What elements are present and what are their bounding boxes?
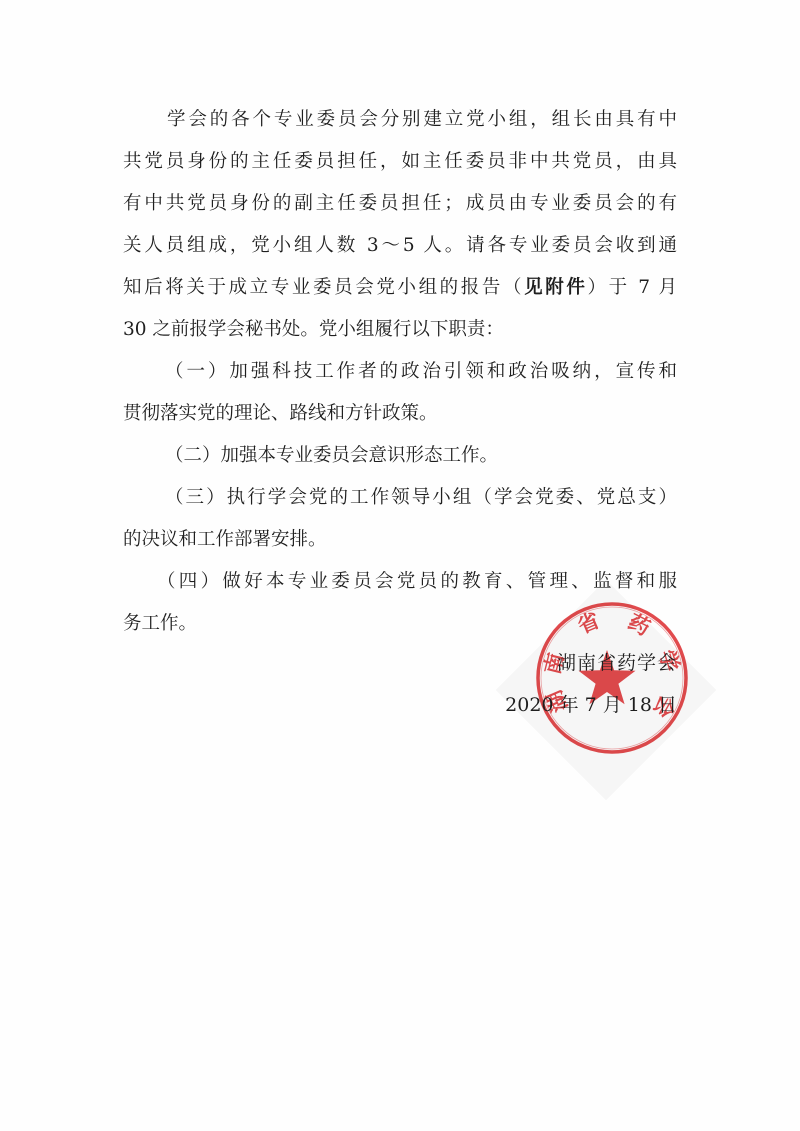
paragraph-1-line-3: 有中共党员身份的副主任委员担任；成员由专业委员会的有 [123,183,677,225]
duty-1-line-2: 贯彻落实党的理论、路线和方针政策。 [123,393,677,435]
duty-3-line-2: 的决议和工作部署安排。 [123,519,677,561]
paragraph-1-line-5: 知后将关于成立专业委员会党小组的报告（见附件）于 7 月 [123,267,677,309]
paragraph-1-line-6: 30 之前报学会秘书处。党小组履行以下职责： [123,309,677,351]
paragraph-1-line-1: 学会的各个专业委员会分别建立党小组，组长由具有中 [123,99,677,141]
duty-1-line-1: （一）加强科技工作者的政治引领和政治吸纳，宣传和 [123,351,677,393]
duty-4-line-2: 务工作。 [123,603,677,645]
attachment-reference: 见附件 [524,277,587,298]
duty-2: （二）加强本专业委员会意识形态工作。 [123,435,677,477]
paragraph-1-line-2: 共党员身份的主任委员担任，如主任委员非中共党员，由具 [123,141,677,183]
duty-4-line-1: （四）做好本专业委员会党员的教育、管理、监督和服 [123,561,677,603]
signature-organization: 湖南省药学会 [557,642,677,684]
signature-date: 2020 年 7 月 18 日 [505,684,677,726]
document-body: 学会的各个专业委员会分别建立党小组，组长由具有中 共党员身份的主任委员担任，如主… [123,99,677,645]
duty-3-line-1: （三）执行学会党的工作领导小组（学会党委、党总支） [123,477,677,519]
line-text: ）于 7 月 [587,277,676,298]
paragraph-1-line-4: 关人员组成，党小组人数 3～5 人。请各专业委员会收到通 [123,225,677,267]
line-text: 知后将关于成立专业委员会党小组的报告（ [123,277,524,298]
